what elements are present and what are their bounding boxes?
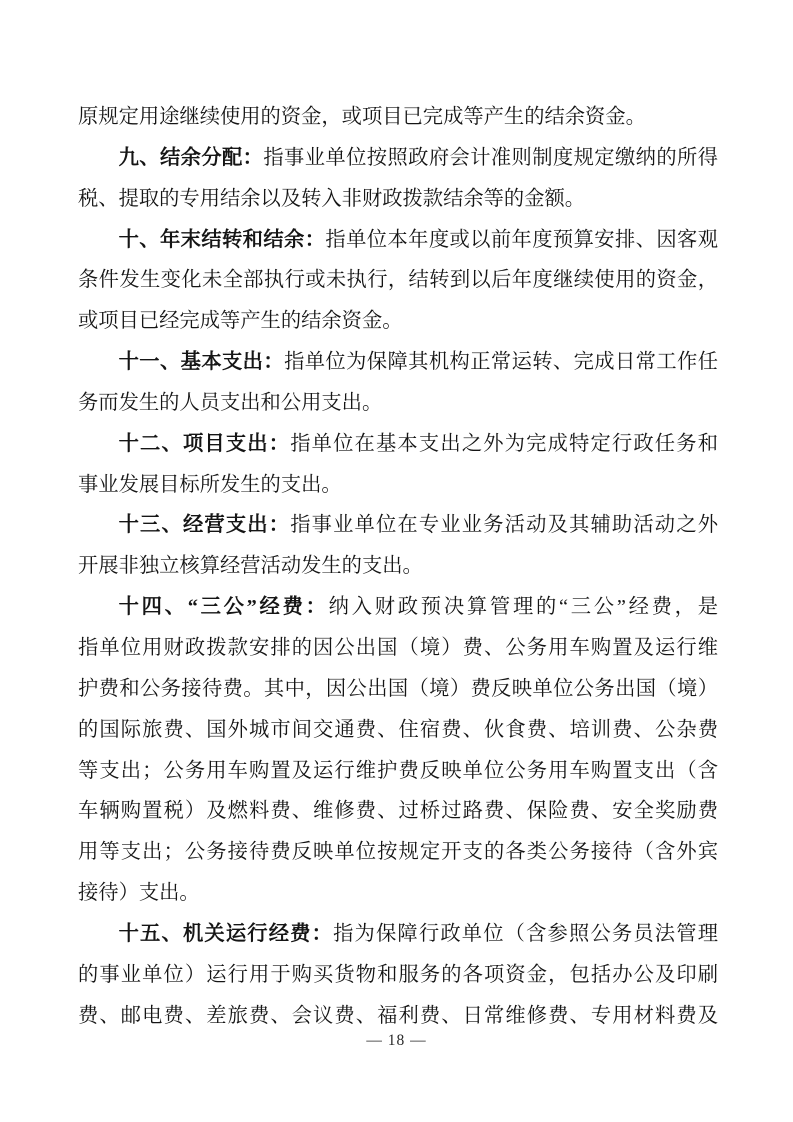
line-text: 指单位用财政拨款安排的因公出国（境）费、公务用车购置及运行维 (78, 637, 718, 659)
text-line: 用等支出；公务接待费反映单位按规定开支的各类公务接待（含外宾 (78, 832, 718, 873)
line-text: 的国际旅费、国外城市间交通费、住宿费、伙食费、培训费、公杂费 (78, 719, 718, 741)
line-text: 用等支出；公务接待费反映单位按规定开支的各类公务接待（含外宾 (78, 841, 718, 863)
term-label: 九、结余分配： (119, 147, 264, 169)
text-line: 十三、经营支出：指事业单位在专业业务活动及其辅助活动之外 (78, 505, 718, 546)
line-text: 事业发展目标所发生的支出。 (78, 474, 342, 496)
line-text: 开展非独立核算经营活动发生的支出。 (78, 555, 423, 577)
line-text: 指事业单位按照政府会计准则制度规定缴纳的所得 (263, 147, 718, 169)
term-label: 十三、经营支出： (119, 514, 291, 536)
text-line: 务而发生的人员支出和公用支出。 (78, 383, 718, 424)
text-line: 的国际旅费、国外城市间交通费、住宿费、伙食费、培训费、公杂费 (78, 710, 718, 751)
term-label: 十四、“三公”经费： (119, 596, 329, 618)
line-text: 指事业单位在专业业务活动及其辅助活动之外 (290, 514, 718, 536)
text-line: 护费和公务接待费。其中，因公出国（境）费反映单位公务出国（境） (78, 669, 718, 710)
line-text: 或项目已经完成等产生的结余资金。 (78, 310, 403, 332)
text-line: 十四、“三公”经费：纳入财政预决算管理的“三公”经费，是 (78, 587, 718, 628)
line-text: 的事业单位）运行用于购买货物和服务的各项资金，包括办公及印刷 (78, 964, 718, 986)
text-line: 税、提取的专用结余以及转入非财政拨款结余等的金额。 (78, 179, 718, 220)
text-line: 车辆购置税）及燃料费、维修费、过桥过路费、保险费、安全奖励费 (78, 791, 718, 832)
text-line: 九、结余分配：指事业单位按照政府会计准则制度规定缴纳的所得 (78, 138, 718, 179)
text-line: 十五、机关运行经费：指为保障行政单位（含参照公务员法管理 (78, 914, 718, 955)
document-page: 原规定用途继续使用的资金，或项目已完成等产生的结余资金。九、结余分配：指事业单位… (0, 0, 793, 1122)
text-line: 指单位用财政拨款安排的因公出国（境）费、公务用车购置及运行维 (78, 628, 718, 669)
term-label: 十五、机关运行经费： (119, 923, 333, 945)
line-text: 指单位为保障其机构正常运转、完成日常工作任 (284, 351, 718, 373)
text-line: 或项目已经完成等产生的结余资金。 (78, 301, 718, 342)
text-line: 接待）支出。 (78, 873, 718, 914)
line-text: 税、提取的专用结余以及转入非财政拨款结余等的金额。 (78, 188, 585, 210)
line-text: 务而发生的人员支出和公用支出。 (78, 392, 382, 414)
text-line: 开展非独立核算经营活动发生的支出。 (78, 546, 718, 587)
text-line: 的事业单位）运行用于购买货物和服务的各项资金，包括办公及印刷 (78, 955, 718, 996)
line-text: 指为保障行政单位（含参照公务员法管理 (333, 923, 718, 945)
term-label: 十、年末结转和结余： (119, 229, 326, 251)
term-label: 十一、基本支出： (119, 351, 284, 373)
line-text: 原规定用途继续使用的资金，或项目已完成等产生的结余资金。 (78, 106, 646, 128)
line-text: 接待）支出。 (78, 882, 200, 904)
text-line: 十二、项目支出：指单位在基本支出之外为完成特定行政任务和 (78, 424, 718, 465)
text-line: 事业发展目标所发生的支出。 (78, 465, 718, 506)
line-text: 车辆购置税）及燃料费、维修费、过桥过路费、保险费、安全奖励费 (78, 800, 718, 822)
line-text: 等支出；公务用车购置及运行维护费反映单位公务用车购置支出（含 (78, 760, 718, 782)
line-text: 指单位在基本支出之外为完成特定行政任务和 (290, 433, 718, 455)
page-number: — 18 — (0, 1029, 793, 1053)
term-label: 十二、项目支出： (119, 433, 291, 455)
line-text: 费、邮电费、差旅费、会议费、福利费、日常维修费、专用材料费及 (78, 1005, 718, 1027)
text-line: 条件发生变化未全部执行或未执行，结转到以后年度继续使用的资金， (78, 260, 718, 301)
document-body: 原规定用途继续使用的资金，或项目已完成等产生的结余资金。九、结余分配：指事业单位… (78, 97, 718, 1036)
text-line: 原规定用途继续使用的资金，或项目已完成等产生的结余资金。 (78, 97, 718, 138)
line-text: 护费和公务接待费。其中，因公出国（境）费反映单位公务出国（境） (78, 678, 718, 700)
text-line: 十、年末结转和结余：指单位本年度或以前年度预算安排、因客观 (78, 220, 718, 261)
text-line: 十一、基本支出：指单位为保障其机构正常运转、完成日常工作任 (78, 342, 718, 383)
text-line: 等支出；公务用车购置及运行维护费反映单位公务用车购置支出（含 (78, 751, 718, 792)
line-text: 纳入财政预决算管理的“三公”经费，是 (329, 596, 718, 618)
line-text: 条件发生变化未全部执行或未执行，结转到以后年度继续使用的资金， (78, 269, 718, 291)
line-text: 指单位本年度或以前年度预算安排、因客观 (325, 229, 718, 251)
